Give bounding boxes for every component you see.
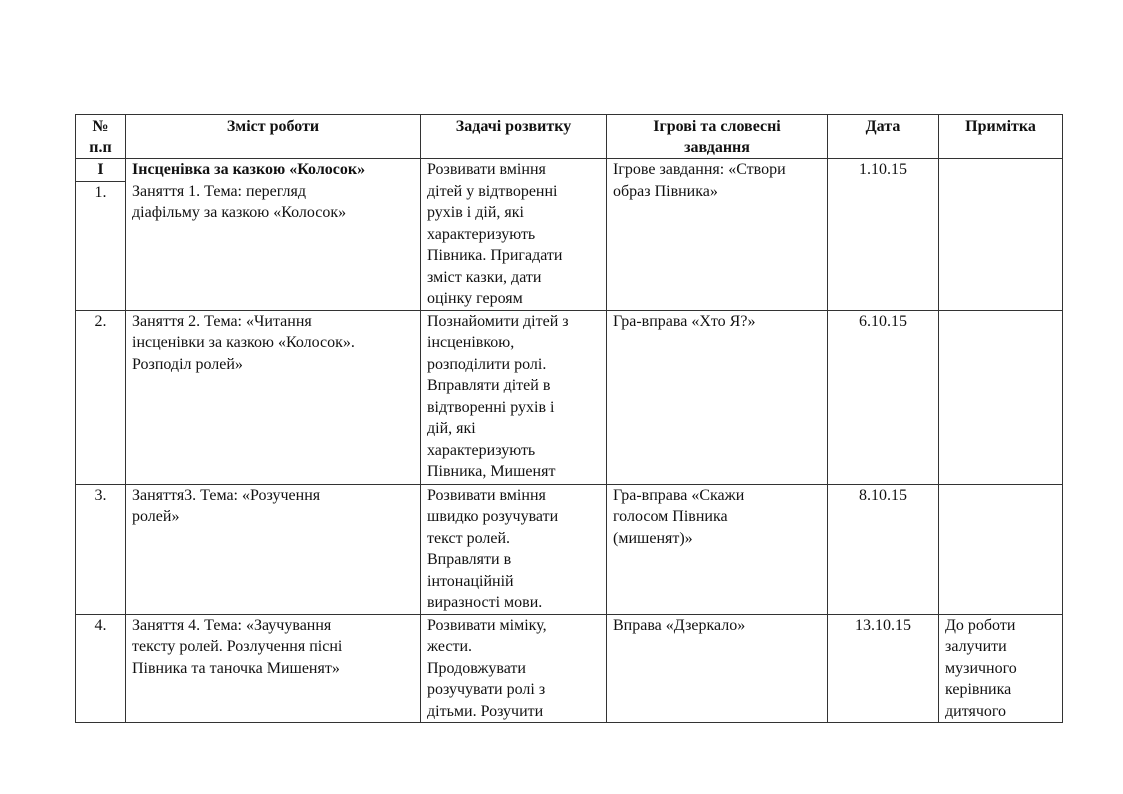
- row-number-cell: I1.: [76, 159, 126, 311]
- header-note: Примітка: [939, 115, 1063, 159]
- note-line: керівника: [945, 679, 1056, 701]
- table-row: 4.Заняття 4. Тема: «Заучуваннятексту рол…: [76, 614, 1063, 723]
- tasks-line: розподілити ролі.: [427, 354, 600, 376]
- games-cell: Гра-вправа «Скажиголосом Півника(мишенят…: [607, 484, 828, 614]
- date-cell: 13.10.15: [828, 614, 939, 723]
- tasks-line: розучувати ролі з: [427, 679, 600, 701]
- date-cell: 6.10.15: [828, 310, 939, 484]
- tasks-line: інтонаційній: [427, 571, 600, 593]
- tasks-line: Вправляти в: [427, 549, 600, 571]
- table-row: I1.Інсценівка за казкою «Колосок»Заняття…: [76, 159, 1063, 311]
- note-cell: До роботизалучитимузичногокерівникадитяч…: [939, 614, 1063, 723]
- header-num-line2: п.п: [82, 137, 119, 158]
- content-line: Заняття 4. Тема: «Заучування: [132, 615, 414, 637]
- content-line: Заняття 1. Тема: перегляд: [132, 181, 414, 203]
- header-games-line2: завдання: [613, 137, 821, 158]
- content-line: ролей»: [132, 506, 414, 528]
- tasks-line: оцінку героям: [427, 288, 600, 310]
- header-content: Зміст роботи: [126, 115, 421, 159]
- games-line: голосом Півника: [613, 506, 821, 528]
- tasks-line: інсценівкою,: [427, 332, 600, 354]
- header-num-line1: №: [82, 116, 119, 137]
- content-cell: Інсценівка за казкою «Колосок»Заняття 1.…: [126, 159, 421, 311]
- games-line: Гра-вправа «Хто Я?»: [613, 311, 821, 333]
- content-cell: Заняття 4. Тема: «Заучуваннятексту ролей…: [126, 614, 421, 723]
- games-line: образ Півника»: [613, 181, 821, 203]
- content-line: інсценівки за казкою «Колосок».: [132, 332, 414, 354]
- games-cell: Вправа «Дзеркало»: [607, 614, 828, 723]
- content-line: Заняття 2. Тема: «Читання: [132, 311, 414, 333]
- games-cell: Ігрове завдання: «Створиобраз Півника»: [607, 159, 828, 311]
- header-num: № п.п: [76, 115, 126, 159]
- content-line: Розподіл ролей»: [132, 354, 414, 376]
- tasks-line: характеризують: [427, 440, 600, 462]
- header-date: Дата: [828, 115, 939, 159]
- tasks-line: характеризують: [427, 224, 600, 246]
- row-number-cell: 4.: [76, 614, 126, 723]
- row-number-cell: 3.: [76, 484, 126, 614]
- row-number: 1.: [76, 182, 125, 204]
- games-cell: Гра-вправа «Хто Я?»: [607, 310, 828, 484]
- table-row: 3.Заняття3. Тема: «Розученняролей»Розвив…: [76, 484, 1063, 614]
- tasks-line: дітьми. Розучити: [427, 701, 600, 723]
- tasks-line: Познайомити дітей з: [427, 311, 600, 333]
- tasks-cell: Розвивати міміку,жести.Продовжуватирозуч…: [421, 614, 607, 723]
- tasks-line: текст ролей.: [427, 528, 600, 550]
- tasks-line: Розвивати міміку,: [427, 615, 600, 637]
- header-games-line1: Ігрові та словесні: [613, 116, 821, 137]
- content-line: Півника та таночка Мишенят»: [132, 658, 414, 680]
- tasks-line: Розвивати вміння: [427, 159, 600, 181]
- tasks-cell: Розвивати вмінняшвидко розучуватитекст р…: [421, 484, 607, 614]
- tasks-line: Півника, Мишенят: [427, 461, 600, 483]
- tasks-line: виразності мови.: [427, 592, 600, 614]
- tasks-line: відтворенні рухів і: [427, 397, 600, 419]
- header-row: № п.п Зміст роботи Задачі розвитку Ігров…: [76, 115, 1063, 159]
- games-line: Вправа «Дзеркало»: [613, 615, 821, 637]
- content-cell: Заняття3. Тема: «Розученняролей»: [126, 484, 421, 614]
- date-cell: 1.10.15: [828, 159, 939, 311]
- tasks-cell: Познайомити дітей зінсценівкою,розподіли…: [421, 310, 607, 484]
- header-tasks: Задачі розвитку: [421, 115, 607, 159]
- tasks-cell: Розвивати вміннядітей у відтвореннірухів…: [421, 159, 607, 311]
- tasks-line: швидко розучувати: [427, 506, 600, 528]
- games-line: Ігрове завдання: «Створи: [613, 159, 821, 181]
- note-line: музичного: [945, 658, 1056, 680]
- table-row: 2.Заняття 2. Тема: «Читанняінсценівки за…: [76, 310, 1063, 484]
- lesson-plan-table: № п.п Зміст роботи Задачі розвитку Ігров…: [75, 114, 1063, 723]
- games-line: (мишенят)»: [613, 528, 821, 550]
- note-cell: [939, 159, 1063, 311]
- content-line: тексту ролей. Розлучення пісні: [132, 636, 414, 658]
- tasks-line: дій, які: [427, 418, 600, 440]
- content-cell: Заняття 2. Тема: «Читанняінсценівки за к…: [126, 310, 421, 484]
- section-number: I: [76, 159, 125, 182]
- row-number-cell: 2.: [76, 310, 126, 484]
- tasks-line: Півника. Пригадати: [427, 245, 600, 267]
- tasks-line: дітей у відтворенні: [427, 181, 600, 203]
- note-cell: [939, 484, 1063, 614]
- content-line: діафільму за казкою «Колосок»: [132, 202, 414, 224]
- note-cell: [939, 310, 1063, 484]
- date-cell: 8.10.15: [828, 484, 939, 614]
- note-line: До роботи: [945, 615, 1056, 637]
- tasks-line: Розвивати вміння: [427, 485, 600, 507]
- note-line: залучити: [945, 636, 1056, 658]
- content-line: Заняття3. Тема: «Розучення: [132, 485, 414, 507]
- tasks-line: зміст казки, дати: [427, 267, 600, 289]
- tasks-line: жести.: [427, 636, 600, 658]
- tasks-line: рухів і дій, які: [427, 202, 600, 224]
- tasks-line: Вправляти дітей в: [427, 375, 600, 397]
- tasks-line: Продовжувати: [427, 658, 600, 680]
- games-line: Гра-вправа «Скажи: [613, 485, 821, 507]
- section-title: Інсценівка за казкою «Колосок»: [132, 159, 414, 181]
- header-games: Ігрові та словесні завдання: [607, 115, 828, 159]
- note-line: дитячого: [945, 701, 1056, 723]
